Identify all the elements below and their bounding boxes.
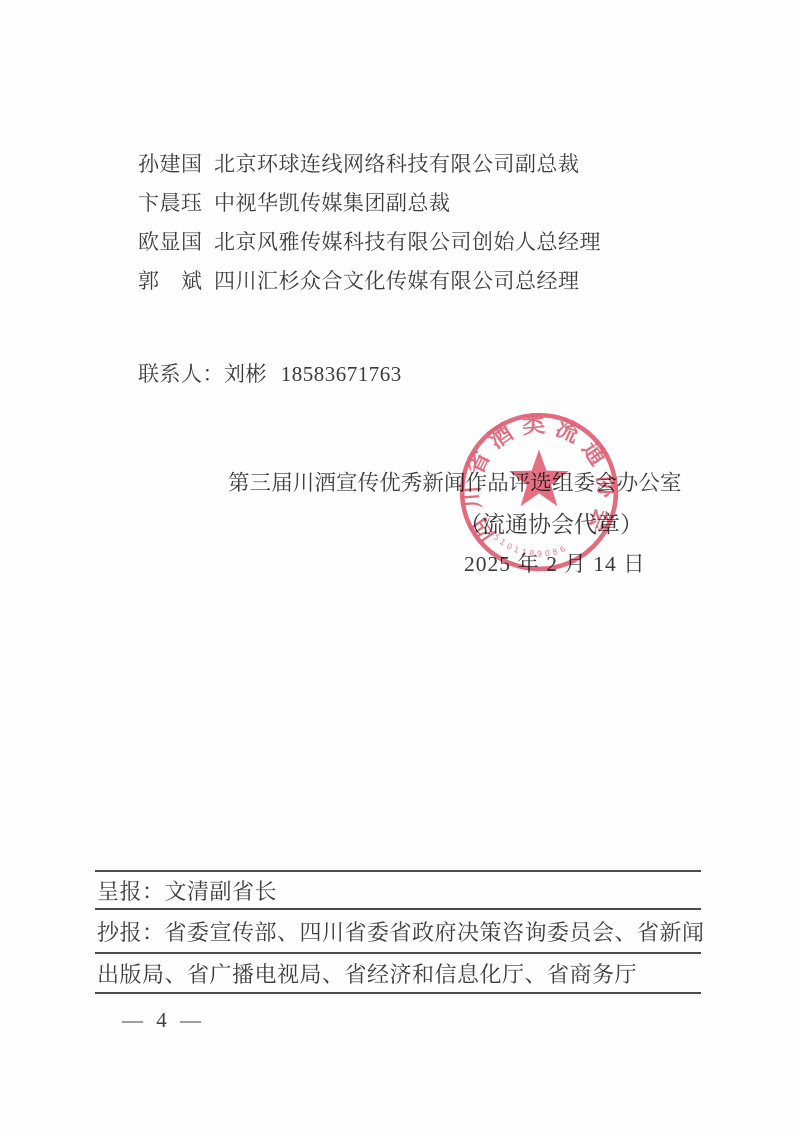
judge-title: 四川汇杉众合文化传媒有限公司总经理 bbox=[214, 265, 580, 295]
footer-copy-row-1: 抄报：省委宣传部、四川省委省政府决策咨询委员会、省新闻 bbox=[95, 908, 701, 952]
signature-org: 第三届川酒宣传优秀新闻作品评选组委会办公室 bbox=[228, 466, 682, 497]
judge-title: 北京风雅传媒科技有限公司创始人总经理 bbox=[214, 226, 601, 256]
judges-list: 孙建国 北京环球连线网络科技有限公司副总裁 卞晨珏 中视华凯传媒集团副总裁 欧显… bbox=[138, 148, 698, 304]
footer-submit-row: 呈报：文清副省长 bbox=[95, 870, 701, 908]
contact-phone: 18583671763 bbox=[281, 362, 402, 386]
contact-label: 联系人：刘彬 bbox=[138, 362, 267, 386]
footer-copy-text-1: 抄报：省委宣传部、四川省委省政府决策咨询委员会、省新闻 bbox=[97, 916, 705, 947]
footer-copy-text-2: 出版局、省广播电视局、省经济和信息化厅、省商务厅 bbox=[97, 958, 637, 989]
judge-name: 欧显国 bbox=[138, 226, 200, 256]
judge-name: 郭 斌 bbox=[138, 265, 200, 295]
judge-title: 中视华凯传媒集团副总裁 bbox=[214, 187, 451, 217]
judge-title: 北京环球连线网络科技有限公司副总裁 bbox=[214, 148, 580, 178]
signature-date: 2025 年 2 月 14 日 bbox=[464, 547, 646, 578]
signature-note: （流通协会代章） bbox=[459, 506, 643, 539]
footer-submit-text: 呈报：文清副省长 bbox=[97, 875, 277, 906]
list-item: 郭 斌 四川汇杉众合文化传媒有限公司总经理 bbox=[138, 265, 698, 304]
footer-copy-row-2: 出版局、省广播电视局、省经济和信息化厅、省商务厅 bbox=[95, 952, 701, 992]
contact-line: 联系人：刘彬 18583671763 bbox=[138, 358, 402, 388]
judge-name: 卞晨珏 bbox=[138, 187, 200, 217]
list-item: 卞晨珏 中视华凯传媒集团副总裁 bbox=[138, 187, 698, 226]
list-item: 欧显国 北京风雅传媒科技有限公司创始人总经理 bbox=[138, 226, 698, 265]
page-number: — 4 — bbox=[122, 1008, 205, 1033]
list-item: 孙建国 北京环球连线网络科技有限公司副总裁 bbox=[138, 148, 698, 187]
document-page: 孙建国 北京环球连线网络科技有限公司副总裁 卞晨珏 中视华凯传媒集团副总裁 欧显… bbox=[0, 0, 800, 1132]
footer-distribution: 呈报：文清副省长 抄报：省委宣传部、四川省委省政府决策咨询委员会、省新闻 出版局… bbox=[95, 870, 701, 994]
judge-name: 孙建国 bbox=[138, 148, 200, 178]
